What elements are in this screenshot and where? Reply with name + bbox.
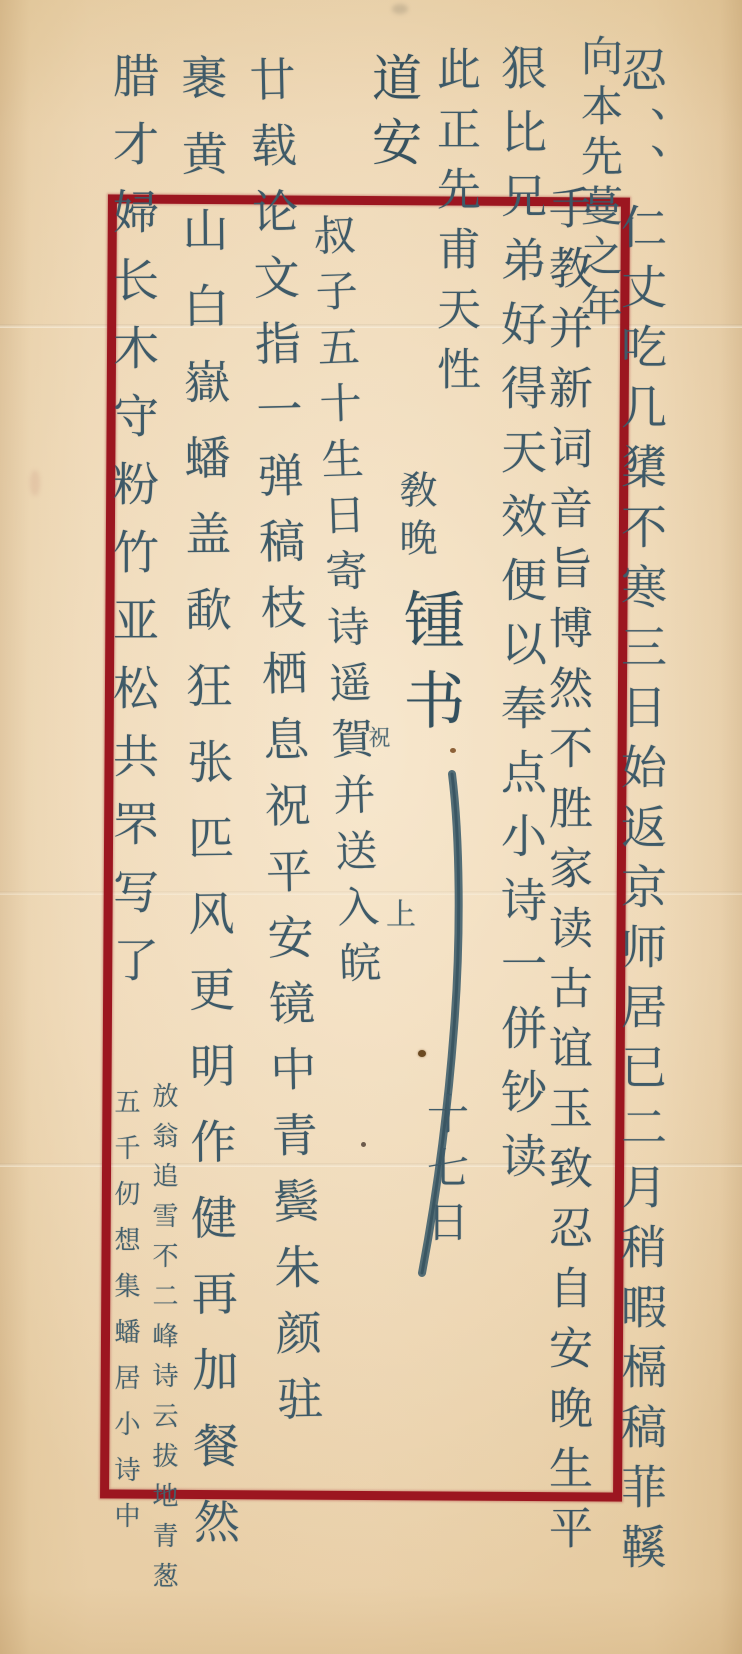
letter-column-5: 此正先甫天性 [432, 46, 476, 406]
signature-name: 锺书 [398, 588, 460, 748]
ink-speck [361, 1142, 366, 1147]
paper-stain [30, 470, 40, 496]
poem-column-2: 裹黄山白嶽蟠盖歃狂张匹风更明作健再加餐然 [178, 54, 237, 1574]
salutation-column: 道安 [368, 52, 418, 180]
signature-prefix: 敎晚 [396, 470, 434, 566]
poem-title-correction: 祝 [366, 726, 388, 750]
annotation-column-1: 放翁追雪不二峰诗云拔地青葱 [150, 1082, 176, 1602]
ink-speck [450, 748, 456, 753]
manuscript-page: 忍、、仁丈吃几橥不寒三日始返京师居已二月稍暇槅稿菲鞵 向本先蔓之年 手教并新词音… [0, 0, 742, 1654]
date-column: 十七日 [424, 1092, 466, 1254]
letter-column-4: 狠比兄弟好得天效便以奉点小诗一併钞读 [498, 44, 544, 1196]
letter-column-3: 手教并新词音旨博然不胜家读古谊玉致忍自安晚生平 [544, 185, 588, 1565]
paper-stain [392, 4, 408, 14]
annotation-column-2: 五千仞想集蟠居小诗中 [112, 1088, 138, 1548]
poem-column-3: 腊才婦长木守粉竹亚松共罘写了 [110, 52, 156, 1004]
letter-column-1: 忍、、仁丈吃几橥不寒三日始返京师居已二月稍暇槅稿菲鞵 [618, 46, 664, 1583]
ink-speck [418, 1050, 426, 1057]
